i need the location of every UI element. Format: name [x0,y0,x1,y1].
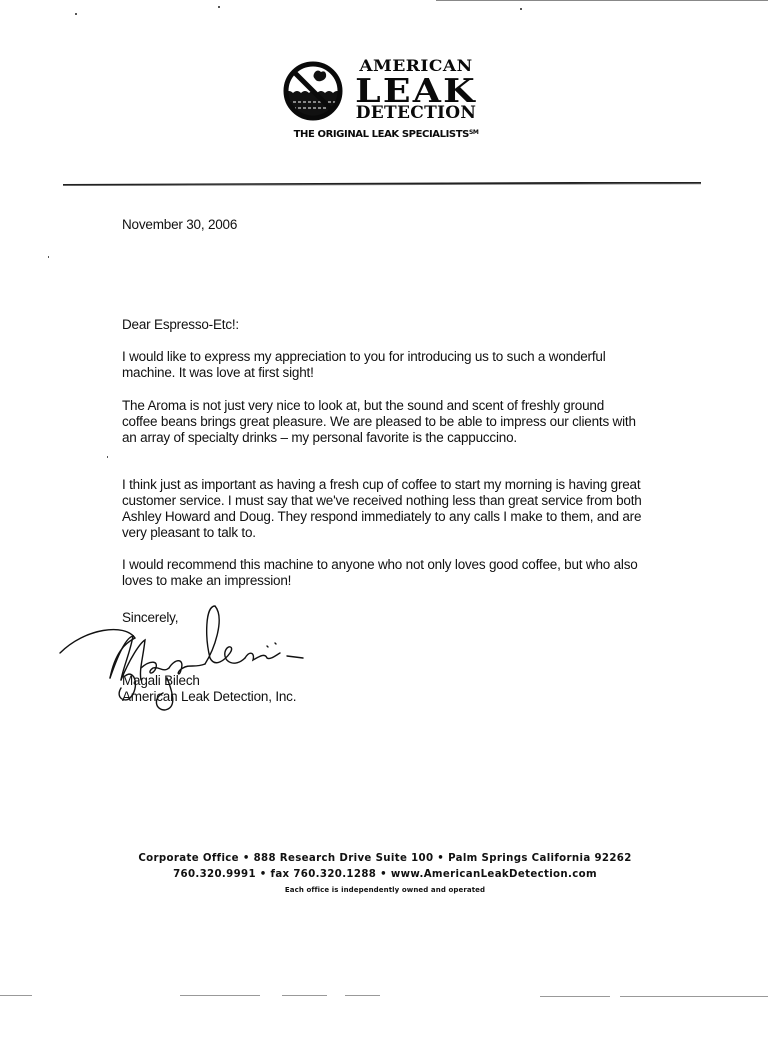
scan-artifact [180,995,260,996]
scan-speck [75,13,77,15]
no-leak-emblem-icon [282,60,344,122]
closing: Sincerely, [122,610,178,626]
salutation: Dear Espresso-Etc!: [122,317,239,333]
scan-artifact [620,996,768,997]
tagline-text: THE ORIGINAL LEAK SPECIALISTS [294,129,469,140]
service-mark: SM [469,129,479,136]
tagline: THE ORIGINAL LEAK SPECIALISTSSM [280,129,492,140]
scan-artifact [540,996,610,997]
scan-artifact [282,995,327,996]
footer-disclaimer: Each office is independently owned and o… [100,886,670,894]
body-paragraph: I think just as important as having a fr… [122,477,642,541]
header-divider [63,182,701,186]
body-paragraph: I would recommend this machine to anyone… [122,557,642,589]
scan-speck [48,256,49,258]
scan-artifact [0,995,32,996]
body-paragraph: I would like to express my appreciation … [122,349,642,381]
brand-line-leak: LEAK [339,74,493,107]
letter-date: November 30, 2006 [122,217,237,233]
signer-company: American Leak Detection, Inc. [122,689,296,705]
company-logo: AMERICAN LEAK DETECTION THE ORIGINAL LEA… [282,58,492,146]
scan-speck [520,8,522,10]
signer-name: Magali Bilech [122,673,200,689]
scan-artifact [345,995,380,996]
body-paragraph: The Aroma is not just very nice to look … [122,398,642,446]
footer-address: Corporate Office • 888 Research Drive Su… [100,853,670,864]
scan-speck [218,6,220,8]
scan-artifact [436,0,768,1]
scan-speck [107,456,108,458]
brand-wordmark: AMERICAN LEAK DETECTION [346,58,486,122]
letter-page: AMERICAN LEAK DETECTION THE ORIGINAL LEA… [0,0,768,1056]
footer-contact: 760.320.9991 • fax 760.320.1288 • www.Am… [100,869,670,880]
